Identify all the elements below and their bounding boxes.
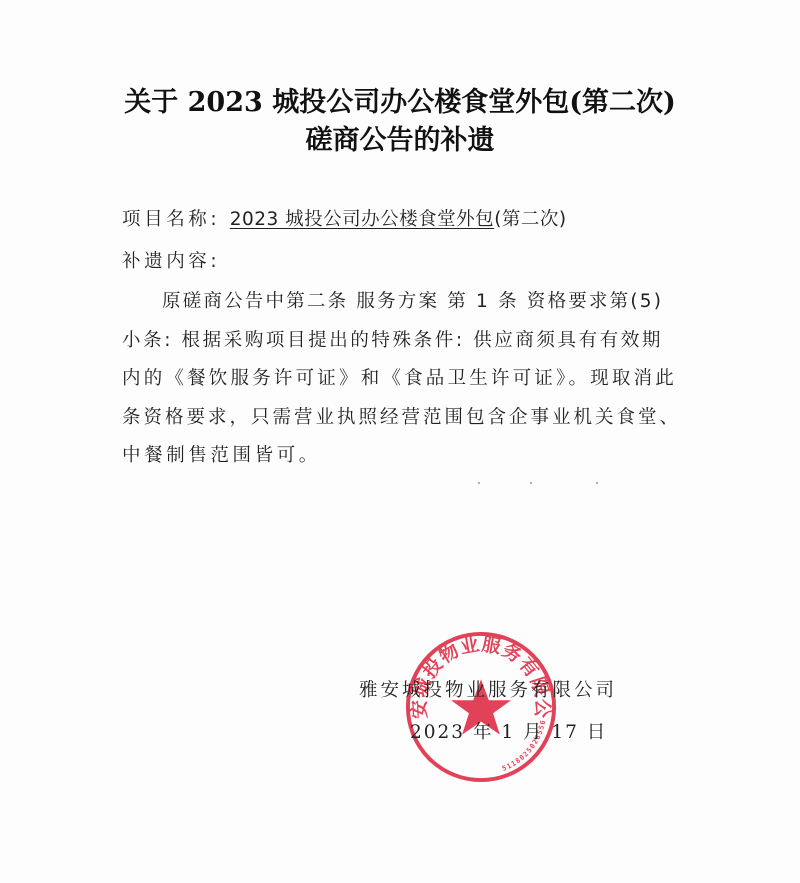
document-page: 关于 2023 城投公司办公楼食堂外包(第二次) 磋商公告的补遗 项目名称: 2…	[0, 0, 800, 883]
document-title-line-1: 关于 2023 城投公司办公楼食堂外包(第二次)	[0, 80, 800, 119]
signature-company: 雅安城投物业服务有限公司	[359, 676, 617, 702]
document-title-line-2: 磋商公告的补遗	[0, 118, 800, 157]
signature-date: 2023 年 1 月 17 日	[410, 718, 607, 744]
project-name-row: 项目名称: 2023 城投公司办公楼食堂外包(第二次)	[122, 208, 567, 232]
body-line-1: 原磋商公告中第二条 服务方案 第 1 条 资格要求第(5)	[162, 290, 663, 314]
body-line-2: 小条: 根据采购项目提出的特殊条件: 供应商须具有有效期	[122, 329, 663, 353]
body-line-5: 中餐制售范围皆可。	[122, 444, 321, 468]
body-line-4: 条资格要求，只需营业执照经营范围包含企事业机关食堂、	[122, 406, 681, 430]
body-line-3: 内的《餐饮服务许可证》和《食品卫生许可证》。现取消此	[122, 367, 677, 391]
project-name-suffix: (第二次)	[494, 209, 566, 230]
project-name-value: 2023 城投公司办公楼食堂外包	[230, 209, 494, 230]
scan-speck	[478, 482, 480, 484]
official-seal-stamp: 雅安城投物业服务有限公司 5118025028556	[402, 628, 560, 786]
scan-speck	[530, 482, 532, 484]
scan-speck	[596, 482, 598, 484]
supplement-label: 补遗内容:	[122, 250, 220, 274]
project-name-label: 项目名称:	[122, 209, 230, 230]
